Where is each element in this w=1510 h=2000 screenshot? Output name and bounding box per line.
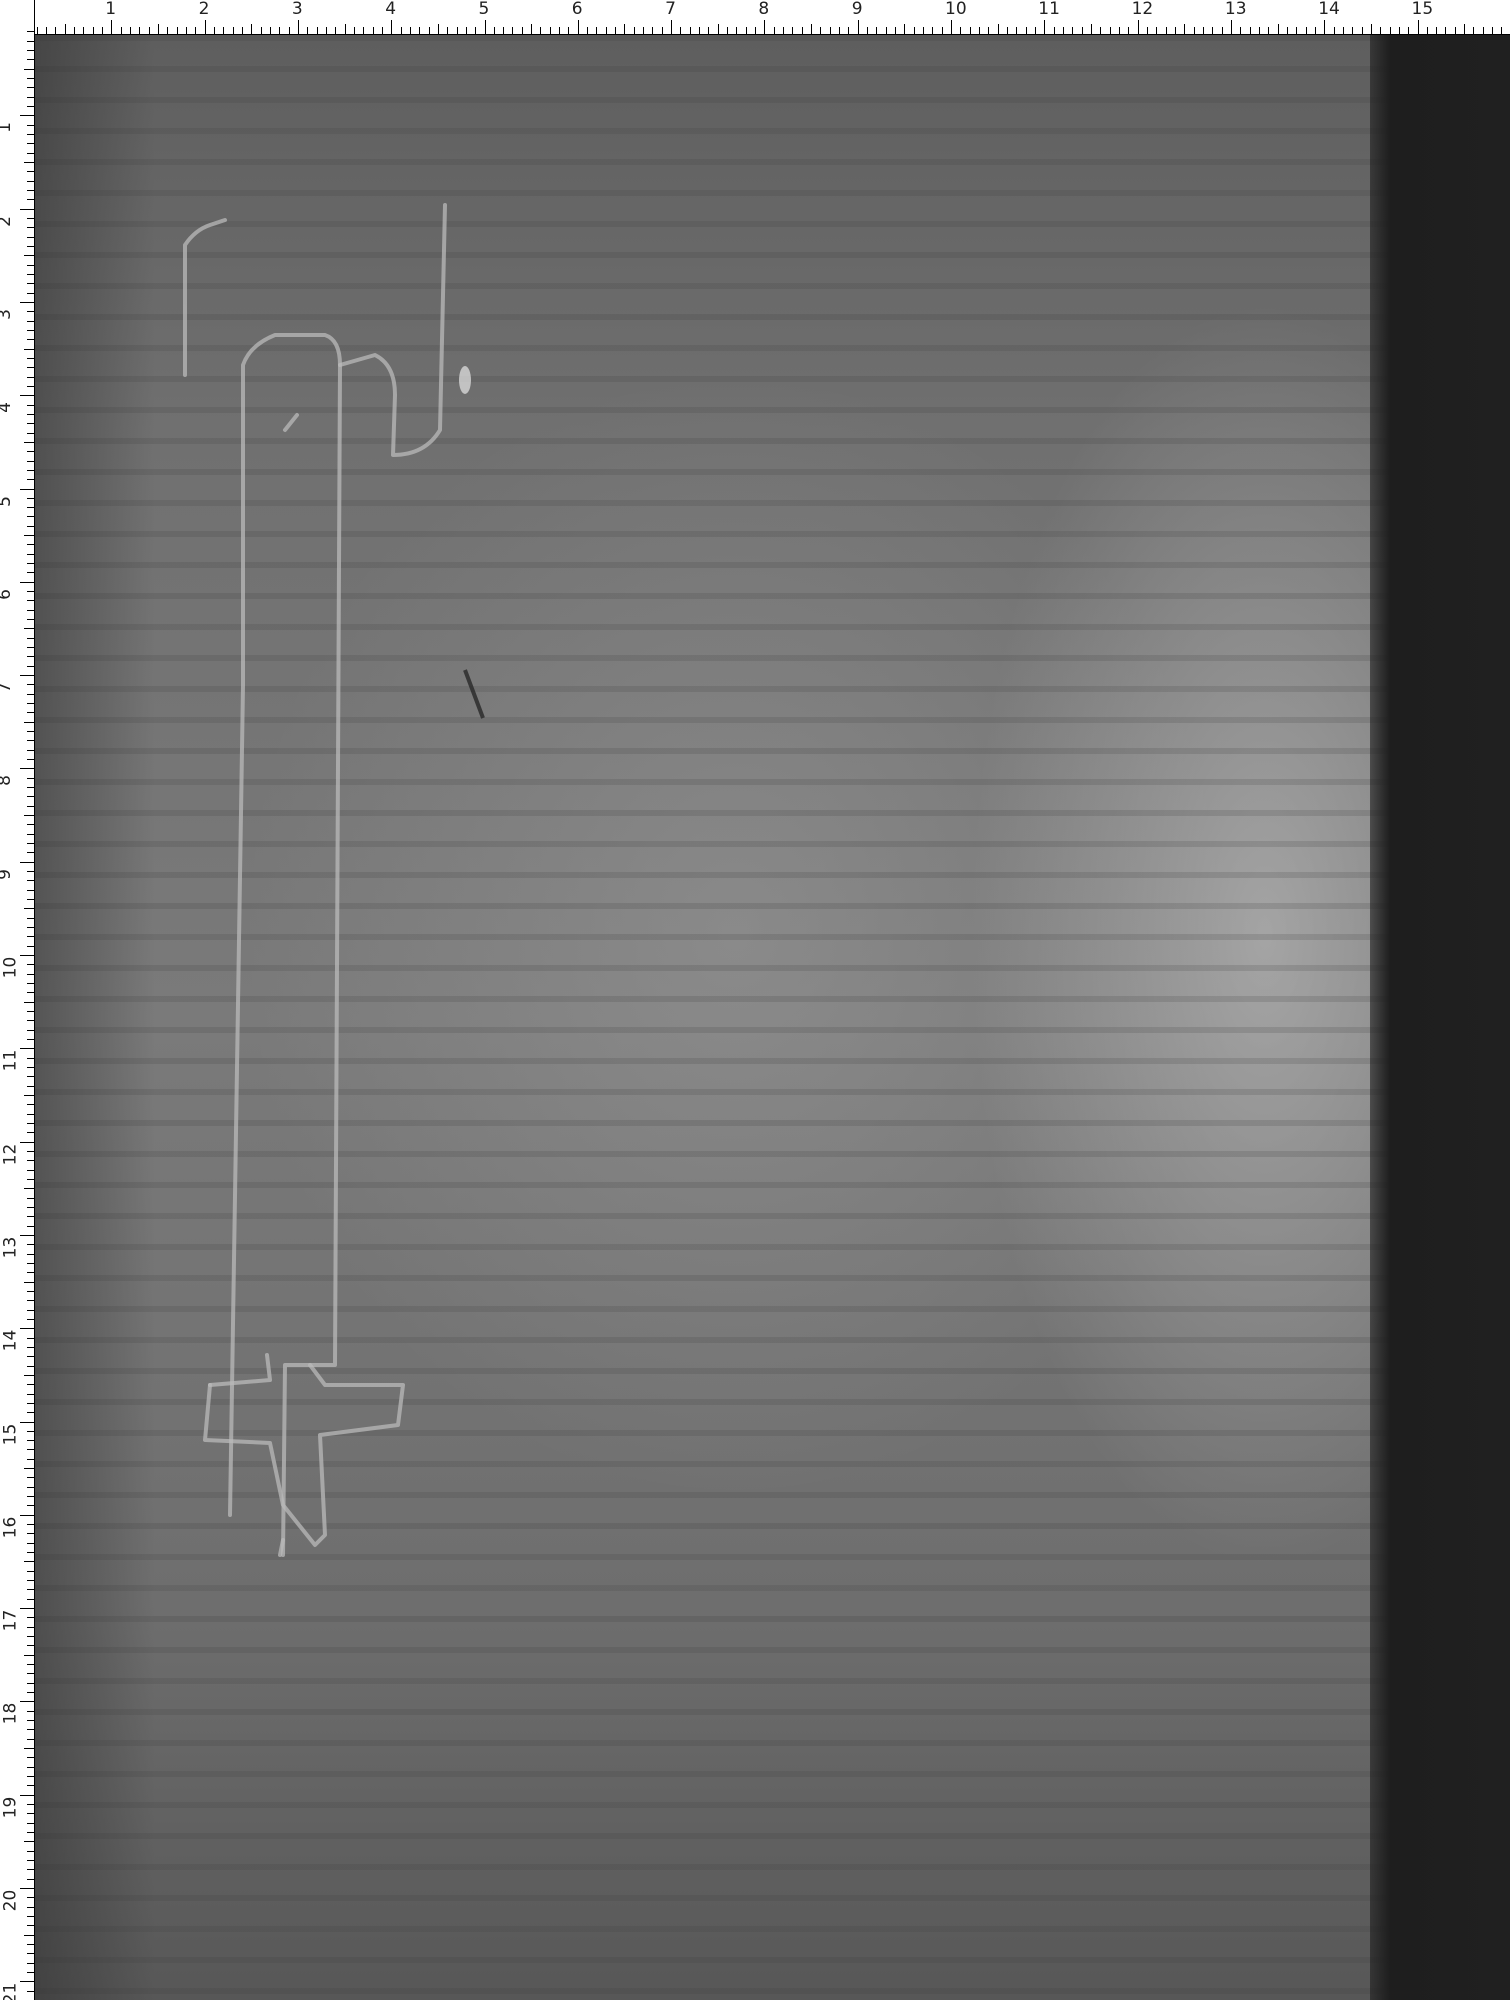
ruler-tick [522,27,523,34]
ruler-tick [652,27,653,34]
ruler-tick [93,27,94,34]
ruler-tick [27,1729,34,1730]
ruler-tick [27,125,34,126]
ruler-tick [27,1851,34,1852]
ruler-tick [690,27,691,34]
ruler-tick [24,815,34,816]
ruler-tick [988,27,989,34]
ruler-tick [27,1823,34,1824]
scanner-dark-edge [1370,35,1510,2000]
ruler-tick [708,27,709,34]
ruler-tick [27,852,34,853]
manuscript-scan [35,35,1510,2000]
ruler-tick [27,190,34,191]
ruler-tick [1455,27,1456,34]
ruler-tick [24,1002,34,1003]
ruler-tick [27,619,34,620]
ruler-tick [792,27,793,34]
ruler-label: 12 [2,1143,19,1165]
ruler-tick [20,115,34,116]
ruler-tick [27,843,34,844]
ruler-tick [699,27,700,34]
ruler-tick [27,778,34,779]
ruler-tick [1362,27,1363,34]
ruler-tick [27,498,34,499]
ruler-tick [27,1683,34,1684]
ruler-tick [27,470,34,471]
ruler-tick [970,27,971,34]
ruler-tick [1128,27,1129,34]
ruler-tick [1371,24,1372,34]
ruler-tick [27,171,34,172]
ruler-tick [27,740,34,741]
ruler-tick [447,27,448,34]
ruler-label: 21 [2,1983,19,2000]
ruler-tick [1445,27,1446,34]
ruler-tick [130,27,131,34]
ruler-tick [20,1142,34,1143]
ruler-tick [261,27,262,34]
ruler-tick [27,1543,34,1544]
ruler-label: 12 [1132,1,1154,18]
ruler-tick [783,27,784,34]
ruler-tick [1119,27,1120,34]
ruler-tick [27,423,34,424]
ruler-tick [27,554,34,555]
ruler-tick [1054,27,1055,34]
ruler-tick [1268,27,1269,34]
ruler-tick [20,489,34,490]
ruler-tick [1212,27,1213,34]
ruler-tick [335,27,336,34]
ruler-tick [1278,24,1279,34]
ruler-tick [27,1310,34,1311]
ruler-tick [27,479,34,480]
ruler-label: 6 [0,589,14,600]
ruler-tick [149,27,150,34]
ruler-tick [1222,27,1223,34]
ruler-tick [317,27,318,34]
ruler-tick [24,1282,34,1283]
ruler-tick [27,1813,34,1814]
ruler-label: 5 [0,496,14,507]
ruler-tick [24,162,34,163]
ruler-tick [27,1132,34,1133]
ruler-tick [27,1589,34,1590]
ruler-tick [1240,27,1241,34]
ruler-tick [27,1440,34,1441]
ruler-tick [904,24,905,34]
ruler-tick [951,20,952,34]
ruler-tick [27,1944,34,1945]
ruler-tick [1334,27,1335,34]
ruler-tick [20,1235,34,1236]
ruler-tick [24,1935,34,1936]
ruler-tick [27,293,34,294]
ruler-tick [27,899,34,900]
ruler-tick [27,871,34,872]
ruler-tick [960,27,961,34]
ruler-tick [24,1841,34,1842]
ruler-tick [27,1207,34,1208]
ruler-tick [1464,24,1465,34]
ruler-tick [1063,27,1064,34]
ruler-tick [20,1795,34,1796]
ruler-tick [20,1515,34,1516]
ruler-label: 17 [2,1610,19,1632]
ruler-tick [27,1599,34,1600]
ruler-top: 0123456789101112131415 [0,0,1510,35]
ruler-tick [27,1907,34,1908]
ruler-tick [27,684,34,685]
ruler-tick [895,27,896,34]
ruler-label: 7 [665,1,676,18]
ruler-tick [24,722,34,723]
ruler-label: 2 [199,1,210,18]
ruler-tick [27,274,34,275]
ruler-tick [27,1170,34,1171]
ruler-tick [550,27,551,34]
ruler-tick [27,1533,34,1534]
ruler-tick [27,750,34,751]
ruler-tick [27,1776,34,1777]
ruler-tick [671,20,672,34]
ruler-tick [27,265,34,266]
ruler-tick [1166,27,1167,34]
ruler-tick [27,1058,34,1059]
ruler-tick [27,890,34,891]
ruler-tick [438,24,439,34]
ruler-tick [27,1757,34,1758]
ruler-tick [27,1832,34,1833]
ruler-tick [662,27,663,34]
ruler-tick [27,1449,34,1450]
ruler-tick [27,1086,34,1087]
ruler-tick [1427,27,1428,34]
ruler-label: 3 [292,1,303,18]
ruler-tick [1408,27,1409,34]
ruler-tick [1044,20,1045,34]
ruler-tick [27,1347,34,1348]
ruler-tick [457,27,458,34]
ruler-tick [24,1561,34,1562]
ruler-tick [615,27,616,34]
ruler-tick [27,946,34,947]
ruler-tick [27,1496,34,1497]
ruler-label: 20 [2,1890,19,1912]
ruler-tick [27,414,34,415]
ruler-tick [27,405,34,406]
ruler-tick [74,27,75,34]
ruler-tick [27,1338,34,1339]
ruler-tick [27,1384,34,1385]
ruler-tick [494,27,495,34]
ruler-tick [27,358,34,359]
ruler-tick [27,591,34,592]
ruler-tick [27,918,34,919]
ruler-tick [1203,27,1204,34]
ruler-label: 14 [2,1330,19,1352]
ruler-tick [643,27,644,34]
ruler-tick [65,24,66,34]
ruler-tick [177,27,178,34]
ruler-tick [382,27,383,34]
ruler-tick [27,1571,34,1572]
ruler-tick [27,181,34,182]
ruler-tick [27,1198,34,1199]
ruler-tick [802,27,803,34]
ruler-tick [27,246,34,247]
ruler-tick [27,1179,34,1180]
ruler-tick [485,20,486,34]
ruler-tick [27,1291,34,1292]
ruler-tick [27,666,34,667]
ruler-tick [1250,27,1251,34]
ruler-tick [746,27,747,34]
ruler-tick [27,694,34,695]
ruler-tick [1184,24,1185,34]
ruler-label: 8 [0,775,14,786]
ruler-tick [27,834,34,835]
ruler-tick [1072,27,1073,34]
ruler-tick [27,367,34,368]
ruler-tick [55,27,56,34]
ruler-tick [27,1254,34,1255]
ruler-tick [27,1039,34,1040]
ruler-tick [307,27,308,34]
ruler-tick [1091,24,1092,34]
ruler-tick [923,27,924,34]
ruler-tick [27,992,34,993]
ruler-tick [27,1011,34,1012]
ruler-tick [270,27,271,34]
ruler-tick [1418,20,1419,34]
ruler-tick [27,199,34,200]
ruler-tick [755,27,756,34]
ruler-tick [27,507,34,508]
ruler-tick [1492,27,1493,34]
ruler-tick [979,27,980,34]
ruler-tick [27,1505,34,1506]
ruler-tick [391,20,392,34]
ruler-tick [24,255,34,256]
ruler-tick [233,27,234,34]
ruler-tick [24,1655,34,1656]
ruler-tick [830,27,831,34]
ruler-tick [466,27,467,34]
ruler-tick [27,1114,34,1115]
ruler-tick [27,386,34,387]
ruler-label: 14 [1318,1,1340,18]
ruler-tick [20,395,34,396]
ruler-tick [27,41,34,42]
ruler-tick [242,27,243,34]
ruler-tick [27,1673,34,1674]
ruler-tick [858,20,859,34]
ruler-tick [20,1422,34,1423]
ruler-tick [680,27,681,34]
ruler-tick [419,27,420,34]
ruler-tick [1287,27,1288,34]
ruler-tick [27,461,34,462]
ruler-label: 8 [758,1,769,18]
ruler-tick [1306,27,1307,34]
ruler-tick [20,955,34,956]
ruler-tick [27,936,34,937]
ruler-tick [27,50,34,51]
ruler-tick [27,1356,34,1357]
ruler-tick [27,572,34,573]
ruler-tick [401,27,402,34]
ruler-tick [223,27,224,34]
ruler-label: 3 [0,309,14,320]
ruler-tick [27,1711,34,1712]
ruler-tick [27,1963,34,1964]
ruler-tick [24,1748,34,1749]
ruler-tick [886,27,887,34]
ruler-tick [27,1869,34,1870]
ruler-tick [27,1067,34,1068]
ruler-tick [1296,27,1297,34]
ruler-tick [634,27,635,34]
ruler-tick [27,377,34,378]
ruler-tick [27,824,34,825]
ruler-tick [27,1076,34,1077]
ruler-tick [606,27,607,34]
ruler-tick [27,806,34,807]
ruler-tick [27,759,34,760]
ruler-label: 4 [0,402,14,413]
ruler-tick [345,24,346,34]
ruler-tick [1007,27,1008,34]
ruler-tick [27,237,34,238]
ruler-tick [27,433,34,434]
ruler-tick [27,1524,34,1525]
ruler-tick [24,69,34,70]
ruler-tick [121,27,122,34]
ruler-tick [1100,27,1101,34]
ruler-label: 11 [1038,1,1060,18]
ruler-tick [1380,27,1381,34]
ruler-tick [139,27,140,34]
ruler-tick [540,27,541,34]
ruler-tick [24,1188,34,1189]
ruler-label: 7 [0,682,14,693]
ruler-tick [811,24,812,34]
ruler-tick [289,27,290,34]
ruler-tick [20,1328,34,1329]
ruler-tick [167,27,168,34]
ruler-tick [1026,27,1027,34]
ruler-tick [998,24,999,34]
ruler-label: 19 [2,1796,19,1818]
ruler-tick [27,1412,34,1413]
ruler-tick [27,526,34,527]
ruler-label: 13 [1225,1,1247,18]
ruler-tick [27,1664,34,1665]
ruler-tick [27,1403,34,1404]
ruler-tick [27,600,34,601]
ruler-tick [27,1226,34,1227]
ruler-tick [24,535,34,536]
ruler-tick [1156,27,1157,34]
ruler-tick [102,27,103,34]
ruler-tick [27,1394,34,1395]
ruler-tick [1175,27,1176,34]
ruler-tick [27,1804,34,1805]
ruler-tick [839,27,840,34]
ruler-tick [27,1020,34,1021]
ruler-tick [24,908,34,909]
ruler-tick [1016,27,1017,34]
ruler-tick [596,27,597,34]
ruler-tick [27,1991,34,1992]
ruler-tick [27,1720,34,1721]
ruler-tick [1259,27,1260,34]
ruler-tick [27,1123,34,1124]
ruler-tick [27,1431,34,1432]
ruler-tick [736,27,737,34]
ruler-tick [373,27,374,34]
ruler-left: 123456789101112131415161718192021 [0,0,35,2000]
ruler-tick [1501,27,1502,34]
ruler-tick [27,1580,34,1581]
ruler-tick [27,1767,34,1768]
ruler-tick [27,78,34,79]
ruler-tick [27,703,34,704]
ruler-tick [27,31,34,32]
ruler-tick [27,106,34,107]
ruler-tick [1483,27,1484,34]
ruler-tick [27,1645,34,1646]
ruler-tick [27,712,34,713]
ruler-tick [27,1925,34,1926]
ruler-tick [186,27,187,34]
ruler-tick [20,582,34,583]
ruler-tick [27,1216,34,1217]
ruler-tick [559,27,560,34]
ruler-tick [1082,27,1083,34]
ruler-tick [27,796,34,797]
ruler-tick [587,27,588,34]
ruler-tick [214,27,215,34]
ruler-tick [27,1617,34,1618]
ruler-tick [27,97,34,98]
ruler-tick [20,209,34,210]
ruler-tick [24,442,34,443]
ruler-tick [1110,27,1111,34]
ruler-tick [24,349,34,350]
ruler-tick [1436,27,1437,34]
ruler-tick [27,153,34,154]
ruler-tick [867,27,868,34]
ruler-tick [205,20,206,34]
ruler-tick [37,27,38,34]
ruler-tick [27,321,34,322]
ruler-tick [27,1785,34,1786]
ruler-tick [727,27,728,34]
ruler-tick [27,1151,34,1152]
ruler-tick [27,787,34,788]
ruler-tick [27,1160,34,1161]
ruler-tick [195,27,196,34]
ruler-tick [27,1244,34,1245]
ruler-tick [27,59,34,60]
ruler-tick [1343,27,1344,34]
ruler-tick [27,1366,34,1367]
ruler-tick [27,927,34,928]
ruler-tick [251,24,252,34]
